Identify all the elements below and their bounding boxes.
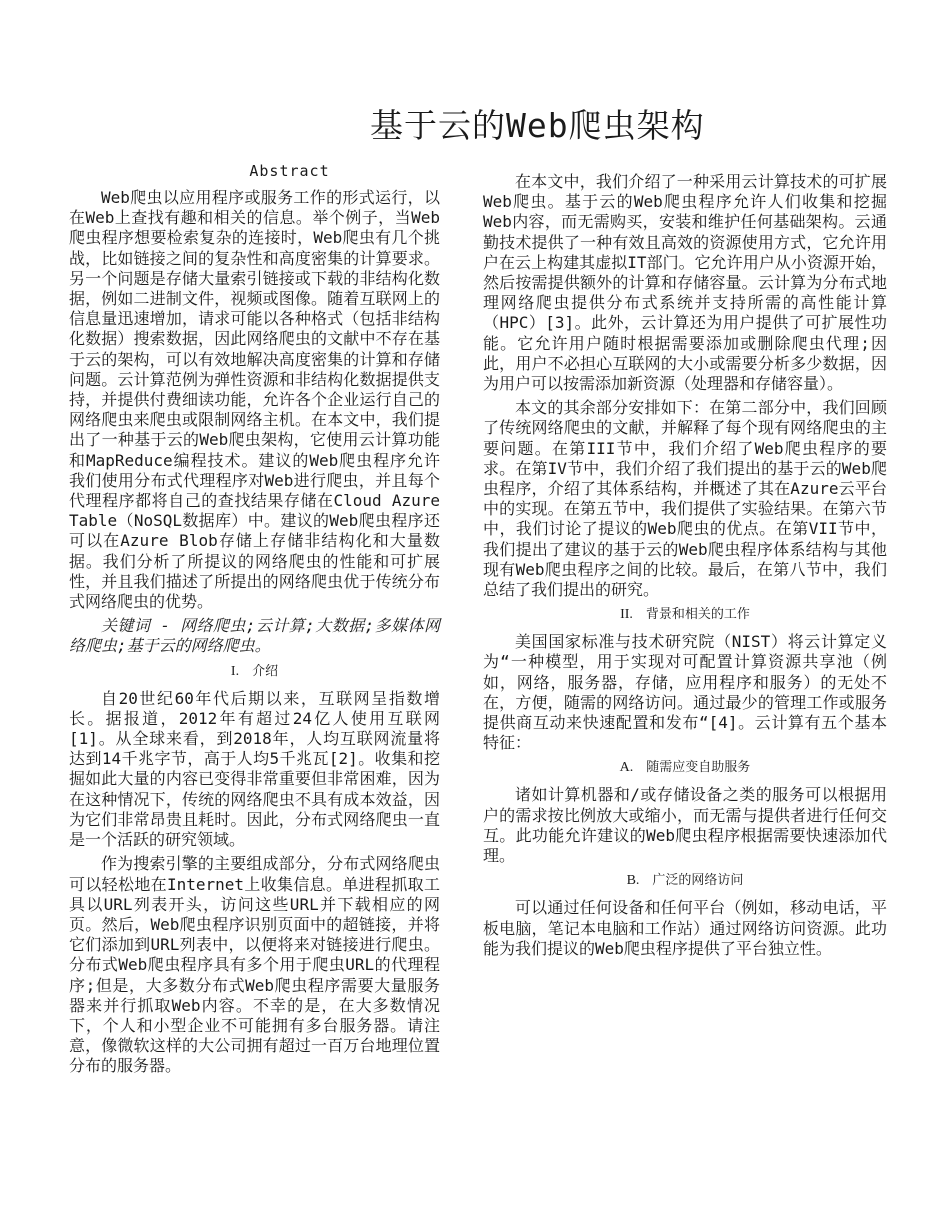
overview-paragraph-2: 本文的其余部分安排如下：在第二部分中，我们回顾了传统网络爬虫的文献，并解释了每个…: [483, 398, 887, 600]
section-title: 介绍: [252, 664, 278, 679]
left-column: Abstract Web爬虫以应用程序或服务工作的形式运行，以在Web上查找有趣…: [69, 162, 440, 1081]
section-heading-introduction: I.介绍: [69, 664, 440, 680]
subsection-letter: B.: [627, 873, 640, 888]
section-title: 背景和相关的工作: [646, 607, 750, 622]
paper-title: 基于云的Web爬虫架构: [370, 100, 705, 147]
background-paragraph-1: 美国国家标准与技术研究院（NIST）将云计算定义为“一种模型，用于实现对可配置计…: [483, 632, 887, 753]
subsection-title: 随需应变自助服务: [646, 760, 750, 775]
section-heading-background: II.背景和相关的工作: [483, 607, 887, 623]
section-number: II.: [620, 607, 633, 622]
subsection-heading-on-demand-self-service: A.随需应变自助服务: [483, 760, 887, 776]
abstract-body-paragraph: Web爬虫以应用程序或服务工作的形式运行，以在Web上查找有趣和相关的信息。举个…: [69, 188, 440, 612]
subsection-heading-broad-network-access: B.广泛的网络访问: [483, 873, 887, 889]
right-column: 在本文中，我们介绍了一种采用云计算技术的可扩展Web爬虫。基于云的Web爬虫程序…: [483, 172, 887, 963]
introduction-paragraph-1: 自20世纪60年代后期以来，互联网呈指数增长。据报道，2012年有超过24亿人使…: [69, 689, 440, 851]
paper-page: 基于云的Web爬虫架构 Abstract Web爬虫以应用程序或服务工作的形式运…: [0, 0, 952, 1232]
introduction-paragraph-2: 作为搜索引擎的主要组成部分，分布式网络爬虫可以轻松地在Internet上收集信息…: [69, 854, 440, 1076]
on-demand-self-service-paragraph: 诸如计算机器和/或存储设备之类的服务可以根据用户的需求按比例放大或缩小，而无需与…: [483, 785, 887, 866]
overview-paragraph-1: 在本文中，我们介绍了一种采用云计算技术的可扩展Web爬虫。基于云的Web爬虫程序…: [483, 172, 887, 394]
abstract-heading: Abstract: [69, 162, 440, 180]
broad-network-access-paragraph: 可以通过任何设备和任何平台（例如，移动电话，平板电脑，笔记本电脑和工作站）通过网…: [483, 898, 887, 959]
subsection-letter: A.: [620, 760, 634, 775]
keywords-paragraph: 关键词 - 网络爬虫;云计算;大数据;多媒体网络爬虫;基于云的网络爬虫。: [69, 616, 440, 656]
subsection-title: 广泛的网络访问: [652, 873, 743, 888]
section-number: I.: [231, 664, 239, 679]
